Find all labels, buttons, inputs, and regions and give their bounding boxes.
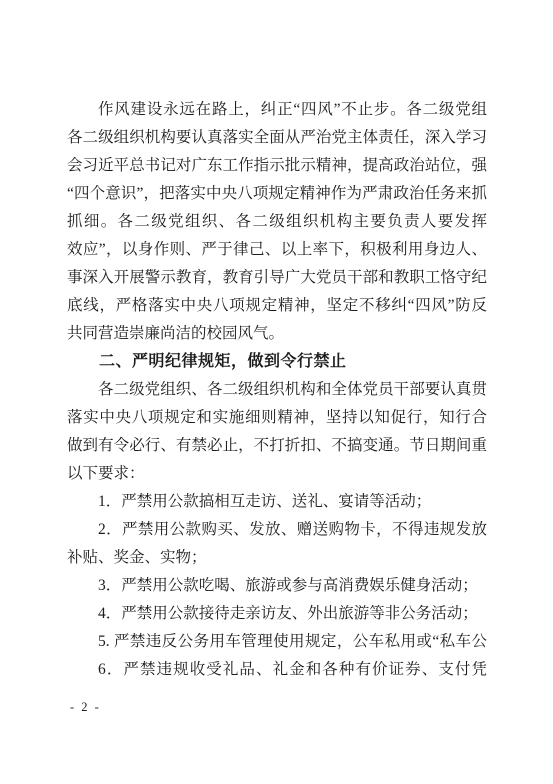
list-item-line: 补贴、奖金、实物； (67, 544, 487, 572)
list-item-line: 6．严禁违规收受礼品、礼金和各种有价证券、支付凭证、 (67, 656, 487, 684)
paragraph-line: 抓细。各二级党组织、各二级组织机构主要负责人要发挥好“头雁 (67, 208, 487, 236)
list-item-line: 1．严禁用公款搞相互走访、送礼、宴请等活动； (67, 488, 487, 516)
document-page: 作风建设永远在路上，纠正“四风”不止步。各二级党组织、 各二级组织机构要认真落实… (0, 0, 553, 784)
paragraph-line: 以下要求： (67, 460, 487, 488)
paragraph-line: 效应”，以身作则、严于律己、以上率下，积极利用身边人、身边 (67, 236, 487, 264)
list-item-line: 4．严禁用公款接待走亲访友、外出旅游等非公务活动； (67, 600, 487, 628)
paragraph-line: 会习近平总书记对广东工作指示批示精神，提高政治站位，强化 (67, 152, 487, 180)
document-body: 作风建设永远在路上，纠正“四风”不止步。各二级党组织、 各二级组织机构要认真落实… (67, 96, 487, 684)
page-number: - 2 - (70, 700, 101, 715)
list-item-line: 5. 严禁违反公务用车管理使用规定，公车私用或“私车公养”； (67, 628, 487, 656)
paragraph-line: “四个意识”，把落实中央八项规定精神作为严肃政治任务来抓实 (67, 180, 487, 208)
paragraph-line: 做到有令必行、有禁必止，不打折扣、不搞变通。节日期间重申 (67, 432, 487, 460)
paragraph-line: 事深入开展警示教育，教育引导广大党员干部和教职工恪守纪律 (67, 264, 487, 292)
paragraph-line: 落实中央八项规定和实施细则精神，坚持以知促行，知行合一， (67, 404, 487, 432)
paragraph-line: 各二级党组织、各二级组织机构和全体党员干部要认真贯彻 (67, 376, 487, 404)
list-item-line: 2．严禁用公款购买、发放、赠送购物卡，不得违规发放津 (67, 516, 487, 544)
list-item-line: 3．严禁用公款吃喝、旅游或参与高消费娱乐健身活动； (67, 572, 487, 600)
paragraph-line: 底线，严格落实中央八项规定精神，坚定不移纠“四风”防反弹， (67, 292, 487, 320)
paragraph-line: 作风建设永远在路上，纠正“四风”不止步。各二级党组织、 (67, 96, 487, 124)
paragraph-line: 共同营造崇廉尚洁的校园风气。 (67, 320, 487, 348)
section-heading: 二、严明纪律规矩，做到令行禁止 (67, 348, 487, 376)
paragraph-line: 各二级组织机构要认真落实全面从严治党主体责任，深入学习领 (67, 124, 487, 152)
